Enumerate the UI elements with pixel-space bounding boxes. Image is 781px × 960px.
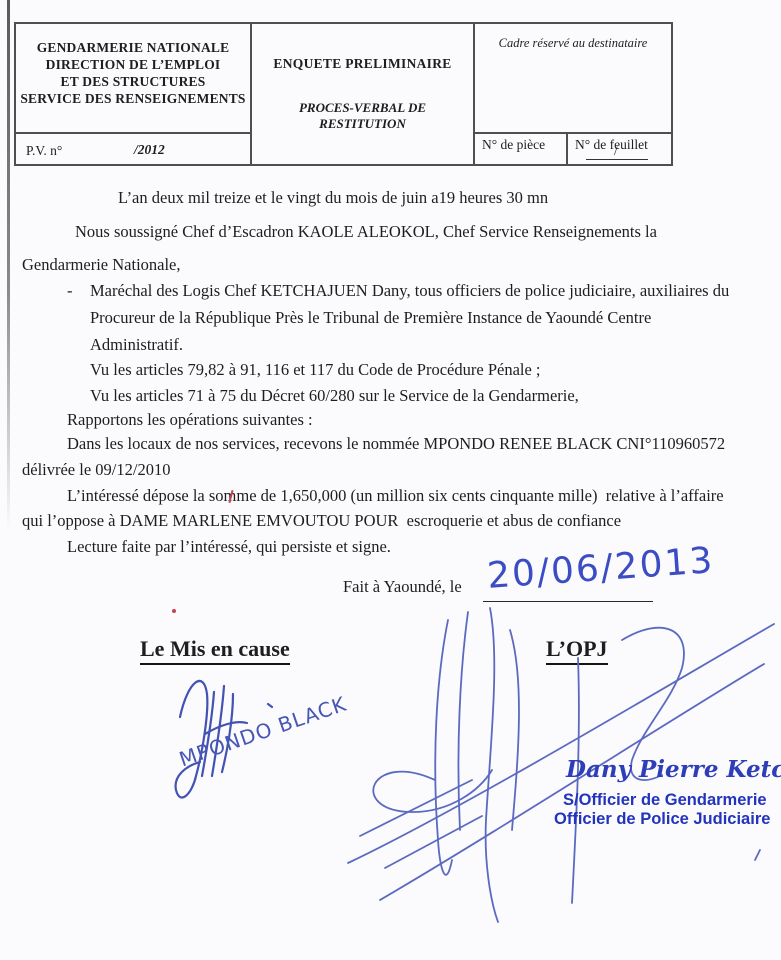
body-line: qui l’oppose à DAME MARLENE EMVOUTOU POU… [22,511,621,531]
header-feuillet-cell: N° de feuillet / [566,132,673,166]
feuillet-slash: / [614,143,618,159]
cadre-reserve-label: Cadre réservé au destinataire [475,36,671,51]
header-title-cell: ENQUETE PRELIMINAIRE PROCES-VERBAL DE RE… [250,22,475,166]
stamp-rank-line1: S/Officier de Gendarmerie [563,791,767,810]
body-line: L’intéressé dépose la somme de 1,650,000… [67,486,724,506]
fait-a-label: Fait à Yaoundé, le [343,577,462,597]
org-line: ET DES STRUCTURES [16,73,250,90]
header-pv-cell: P.V. n° /2012 [14,132,252,166]
header-cadre-cell: Cadre réservé au destinataire [473,22,673,134]
org-line: DIRECTION DE L’EMPLOI [16,56,250,73]
list-dash: - [67,281,73,301]
handwritten-date: 20/06/2013 [486,540,716,597]
body-line: délivrée le 09/12/2010 [22,460,170,480]
body-line: Vu les articles 79,82 à 91, 116 et 117 d… [90,360,541,380]
piece-number-label: N° de pièce [482,137,545,153]
pv-number-label: P.V. n° [26,143,62,159]
scan-edge-artifact [7,0,10,530]
body-line: Lecture faite par l’intéressé, qui persi… [67,537,391,557]
stamp-officer-name: Dany Pierre Ketchajuen [566,756,781,783]
feuillet-number-label: N° de feuillet [575,137,648,153]
body-line: Procureur de la République Près le Tribu… [90,308,651,328]
red-ink-mark [172,609,176,613]
body-line: L’an deux mil treize et le vingt du mois… [118,188,548,208]
body-line: Rapportons les opérations suivantes : [67,410,313,430]
body-line: Administratif. [90,335,183,355]
document-type: ENQUETE PRELIMINAIRE [252,56,473,72]
body-line: Gendarmerie Nationale, [22,255,181,275]
body-line: Vu les articles 71 à 75 du Décret 60/280… [90,386,579,406]
pv-number-value: /2012 [134,142,165,158]
org-line: SERVICE DES RENSEIGNEMENTS [16,90,250,107]
feuillet-fill-line [586,159,648,160]
document-title-line1: PROCES-VERBAL DE [252,100,473,116]
org-line: GENDARMERIE NATIONALE [16,39,250,56]
header-org-cell: GENDARMERIE NATIONALE DIRECTION DE L’EMP… [14,22,252,134]
stamp-rank-line2: Officier de Police Judiciaire [554,810,770,829]
document-title-line2: RESTITUTION [252,116,473,132]
body-line: Dans les locaux de nos services, recevon… [67,434,725,454]
document-title: PROCES-VERBAL DE RESTITUTION [252,100,473,132]
scanned-document-page: GENDARMERIE NATIONALE DIRECTION DE L’EMP… [0,0,781,960]
left-signature-title: Le Mis en cause [140,636,290,665]
header-piece-cell: N° de pièce [473,132,568,166]
body-line: Nous soussigné Chef d’Escadron KAOLE ALE… [75,222,657,242]
body-line: Maréchal des Logis Chef KETCHAJUEN Dany,… [90,281,729,301]
